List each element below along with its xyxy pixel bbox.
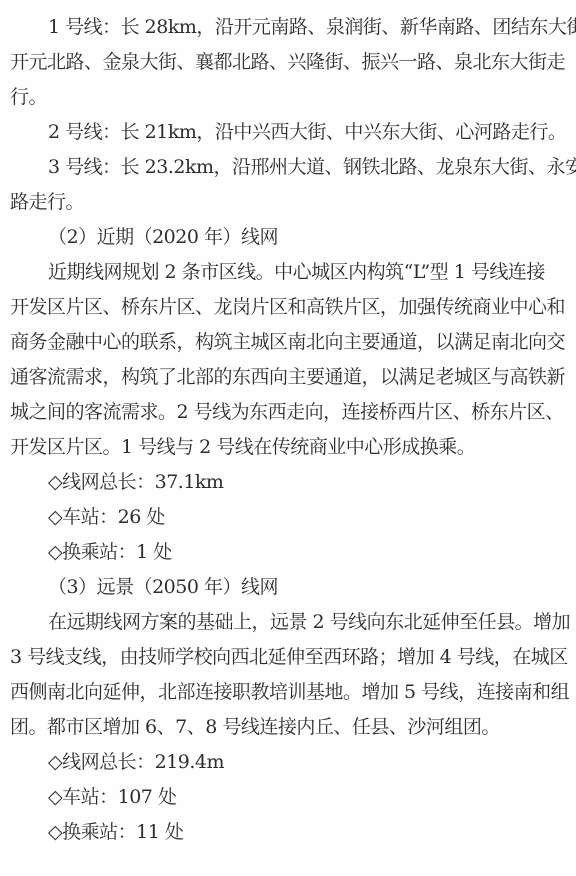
- section-heading: （3）远景（2050 年）线网: [10, 570, 568, 605]
- stat-line: ◇换乘站：11 处: [10, 815, 568, 850]
- text-line: 2 号线：长 21km，沿中兴西大街、中兴东大街、心河路走行。: [10, 115, 568, 150]
- text-line: 路走行。: [10, 185, 568, 220]
- text-line: 西侧南北向延伸，北部连接职教培训基地。增加 5 号线，连接南和组: [10, 675, 568, 710]
- section-heading: （2）近期（2020 年）线网: [10, 220, 568, 255]
- document-page: 1 号线：长 28km，沿开元南路、泉润街、新华南路、团结东大街、 开元北路、金…: [0, 0, 576, 876]
- stat-line: ◇车站：107 处: [10, 780, 568, 815]
- text-line: 团。都市区增加 6、7、8 号线连接内丘、任县、沙河组团。: [10, 710, 568, 745]
- text-line: 3 号线支线，由技师学校向西北延伸至西环路；增加 4 号线，在城区: [10, 640, 568, 675]
- text-line: 1 号线：长 28km，沿开元南路、泉润街、新华南路、团结东大街、: [10, 10, 568, 45]
- text-line: 开发区片区。1 号线与 2 号线在传统商业中心形成换乘。: [10, 430, 568, 465]
- text-line: 3 号线：长 23.2km，沿邢州大道、钢铁北路、龙泉东大街、永安: [10, 150, 568, 185]
- text-line: 商务金融中心的联系，构筑主城区南北向主要通道，以满足南北向交: [10, 325, 568, 360]
- text-line: 在远期线网方案的基础上，远景 2 号线向东北延伸至任县。增加: [10, 605, 568, 640]
- text-line: 行。: [10, 80, 568, 115]
- text-line: 开元北路、金泉大街、襄都北路、兴隆街、振兴一路、泉北东大街走: [10, 45, 568, 80]
- text-line: 开发区片区、桥东片区、龙岗片区和高铁片区，加强传统商业中心和: [10, 290, 568, 325]
- text-line: 城之间的客流需求。2 号线为东西走向，连接桥西片区、桥东片区、: [10, 395, 568, 430]
- stat-line: ◇车站：26 处: [10, 500, 568, 535]
- stat-line: ◇换乘站：1 处: [10, 535, 568, 570]
- text-line: 近期线网规划 2 条市区线。中心城区内构筑“L”型 1 号线连接: [10, 255, 568, 290]
- text-line: 通客流需求，构筑了北部的东西向主要通道，以满足老城区与高铁新: [10, 360, 568, 395]
- stat-line: ◇线网总长：219.4m: [10, 745, 568, 780]
- stat-line: ◇线网总长：37.1km: [10, 465, 568, 500]
